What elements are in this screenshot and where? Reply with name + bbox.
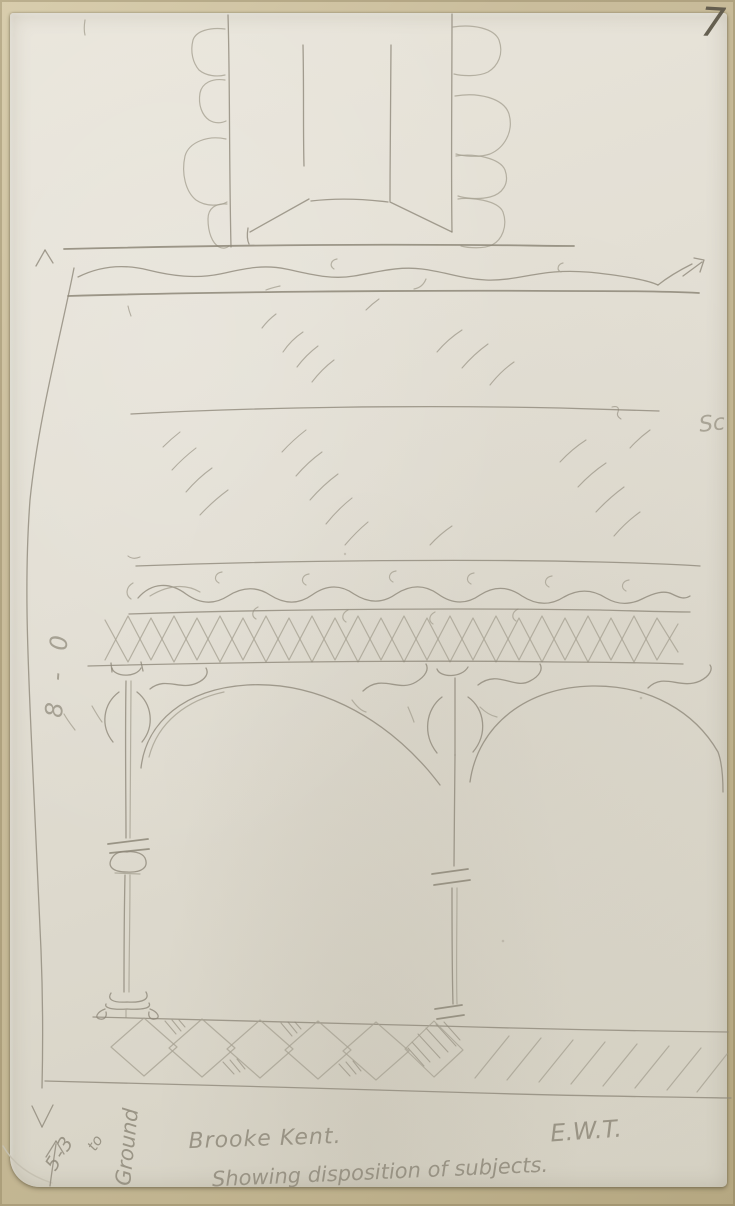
arch-right — [470, 686, 723, 792]
centre-colonnette — [428, 678, 483, 1019]
scroll-frieze — [127, 571, 690, 624]
left-colonnette — [97, 681, 158, 1019]
masonry-blocks-left — [184, 28, 229, 248]
datum-lines — [36, 250, 704, 566]
page-number: 7 — [699, 0, 727, 47]
spandrel-ornament-right — [648, 665, 711, 688]
plaster-hatching-upper — [128, 299, 621, 419]
spandrel-ornament-left — [64, 662, 207, 730]
arch-left — [141, 685, 440, 785]
scan-specks — [344, 553, 643, 943]
caption-initials: E.W.T. — [549, 1115, 622, 1148]
scale-note: Sc — [698, 410, 727, 438]
floor-shading — [165, 1020, 460, 1076]
caption-title: Brooke Kent. — [188, 1124, 342, 1154]
spandrel-ornament-centre — [352, 664, 541, 722]
paved-floor-band — [45, 1017, 731, 1098]
scanned-sketchbook-page: 7 Sc 8 - 0 5-3 to Ground Brooke Kent. Sh… — [0, 0, 735, 1206]
pencil-sketch — [0, 0, 735, 1206]
masonry-pier-sketch — [64, 14, 574, 249]
floor-hatch-right — [475, 1036, 727, 1092]
trellis-frieze — [88, 609, 690, 666]
masonry-blocks-right — [453, 26, 510, 248]
plaster-hatching-lower — [128, 430, 650, 558]
arcade-sketch — [64, 662, 723, 1019]
floor-diamonds — [111, 1018, 409, 1080]
